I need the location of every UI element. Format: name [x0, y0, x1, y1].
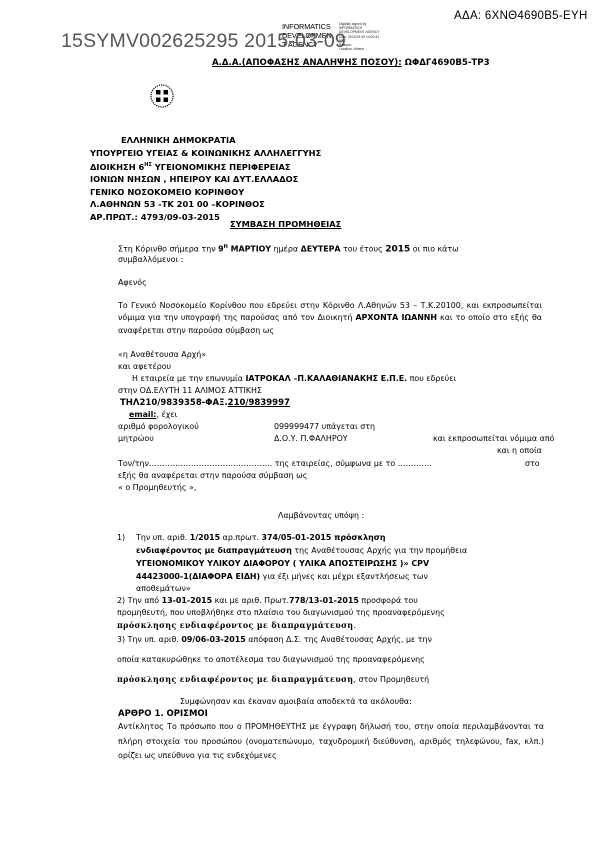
item-1-line-5: αποθεμάτων» [136, 583, 191, 595]
director-name: ΑΡΧΟΝΤΑ ΙΩΑΝΝΗ [355, 313, 437, 322]
phone: ΤΗΛ210/9839358-ΦΑΞ. [120, 398, 228, 408]
decision-ada-label: Α.Δ.Α.(ΑΠΟΦΑΣΗΣ ΑΝΑΛΗΨΗΣ ΠΟΣΟΥ): [212, 58, 402, 68]
ref: 09/06-03-2015 [181, 635, 245, 644]
text: οι πιο κάτω [410, 245, 458, 254]
representative-sto: στο [525, 458, 540, 470]
party-b-intro: και αφετέρου [118, 361, 171, 373]
cpv-code: 44423000-1(ΔΙΑΦΟΡΑ ΕΙΔΗ) [136, 572, 260, 581]
document-watermark: 15SYMV002625295 2015-03-09 [61, 30, 346, 53]
contracting-authority-alias: «η Αναθέτουσα Αρχή» [118, 349, 206, 361]
item-3-line-2: οποία κατακυρώθηκε το αποτέλεσμα του δια… [117, 654, 425, 666]
issuer-header: ΕΛΛΗΝΙΚΗ ΔΗΜΟΚΡΑΤΙΑ ΥΠΟΥΡΓΕΙΟ ΥΓΕΙΑΣ & Κ… [90, 134, 321, 223]
article-1-text: Αντίκλητος Το πρόσωπο που ο ΠΡΟΜΗΘΕΥΤΗΣ … [118, 720, 544, 764]
text: , στον Προμηθευτή [353, 675, 429, 684]
header-line: ΔΙΟΙΚΗΣΗ 6ΗΣ ΥΓΕΙΟΝΟΜΙΚΗΣ ΠΕΡΙΦΕΡΕΙΑΣ [90, 159, 321, 173]
ada-code: ΑΔΑ: 6ΧΝΘ4690Β5-ΕΥΗ [454, 10, 588, 22]
decision-ada-value: ΩΦΔΓ4690Β5-ΤΡ3 [402, 58, 490, 68]
text: του έτους [340, 245, 385, 254]
party-a-label: Αφενός [118, 277, 147, 289]
text: Η εταιρεία με την επωνυμία [132, 374, 245, 383]
supplier-alias: « ο Προμηθευτής », [118, 482, 196, 494]
supplier-ref: εξής θα αναφέρεται στην παρούσα σύμβαση … [118, 470, 307, 482]
text: που εδρεύει [407, 374, 456, 383]
greek-state-emblem-icon [150, 84, 174, 108]
item-3-line-1: 3) Την υπ. αριθ. 09/06-03-2015 απόφαση Δ… [117, 634, 432, 646]
header-line: Λ.ΑΘΗΝΩΝ 53 -ΤΚ 201 00 –ΚΟΡΙΝΘΟΣ [90, 198, 321, 211]
header-text: ΔΙΟΙΚΗΣΗ 6 [90, 162, 144, 172]
tax-office: Δ.Ο.Υ. Π.ΦΑΛΗΡΟΥ [274, 433, 348, 445]
item-2-line-3: πρόσκλησης ενδιαφέροντος με διαπραγμάτευ… [117, 620, 356, 632]
considering-heading: Λαμβάνοντας υπόψη : [278, 510, 364, 522]
ref: 1/2015 [190, 533, 220, 542]
header-line: ΓΕΝΙΚΟ ΝΟΣΟΚΟΜΕΙΟ ΚΟΡΙΝΘΟΥ [90, 186, 321, 199]
text: 3) Την υπ. αριθ. [117, 635, 181, 644]
header-line: ΕΛΛΗΝΙΚΗ ΔΗΜΟΚΡΑΤΙΑ [90, 134, 321, 147]
tax-number-value: 099999477 υπάγεται στη [274, 421, 375, 433]
company-address: στην ΟΔ.ΕΛΥΤΗ 11 ΑΛΙΜΟΣ ΑΤΤΙΚΗΣ [118, 385, 262, 397]
company-name: ΙΑΤΡΟΚΑΛ –Π.ΚΑΛΑΘΙΑΝΑΚΗΣ Ε.Π.Ε. [245, 374, 407, 383]
item-1-line-2: ενδιαφέροντος με διαπραγμάτευση της Αναθ… [136, 545, 467, 557]
email-label: email: [129, 410, 156, 419]
intro-line-2: συμβαλλόμενοι : [118, 254, 183, 266]
text: για έξι μήνες και μέχρι εξαντλήσεως των [260, 572, 428, 581]
item-1-line-4: 44423000-1(ΔΙΑΦΟΡΑ ΕΙΔΗ) για έξι μήνες κ… [136, 571, 428, 583]
header-line: ΥΠΟΥΡΓΕΙΟ ΥΓΕΙΑΣ & ΚΟΙΝΩΝΙΚΗΣ ΑΛΛΗΛΕΓΓΥΗ… [90, 147, 321, 160]
text: προσφορά του [359, 596, 418, 605]
header-line: ΙΟΝΙΩΝ ΝΗΣΩΝ , ΗΠΕΙΡΟΥ ΚΑΙ ΔΥΤ.ΕΛΛΑΔΟΣ [90, 173, 321, 186]
weekday: ΔΕΥΤΕΡΑ [301, 245, 341, 254]
date: 13-01-2015 [162, 596, 212, 605]
tax-number-label: αριθμό φορολογικού [118, 421, 199, 433]
text: και με αριθ. Πρωτ. [212, 596, 289, 605]
representative-line: Τον/την……………………………………….. της εταιρείας, … [118, 458, 432, 470]
item-3-line-3: πρόσκλησης ενδιαφέροντος με διαπραγμάτευ… [117, 674, 429, 686]
ref: 374/05-01-2015 πρόσκληση [262, 533, 386, 542]
party-a-description: Το Γενικό Νοσοκομείο Κορίνθου που εδρεύε… [118, 300, 542, 337]
text: Στη Κόρινθο σήμερα την [118, 245, 218, 254]
document-title: ΣΥΜΒΑΣΗ ΠΡΟΜΗΘΕΙΑΣ [230, 219, 341, 229]
item-2-line-2: προμηθευτή, που υποβλήθηκε στο πλαίσιο τ… [117, 607, 445, 619]
ordinal-suffix: ΗΣ [144, 162, 152, 168]
text: ημέρα [271, 245, 301, 254]
text: 2) Την από [117, 596, 162, 605]
product-name: ΥΓΕΙΟΝΟΜΙΚΟΥ ΥΛΙΚΟΥ ΔΙΑΦΟΡΟΥ ( ΥΛΙΚΑ ΑΠΟ… [136, 559, 429, 568]
item-1-line-1: Την υπ. αριθ. 1/2015 αρ.πρωτ. 374/05-01-… [136, 532, 386, 544]
decision-ada: Α.Δ.Α.(ΑΠΟΦΑΣΗΣ ΑΝΑΛΗΨΗΣ ΠΟΣΟΥ): ΩΦΔΓ469… [212, 58, 490, 68]
company-email: email:, έχει [129, 409, 177, 421]
representation-text-2: και η οποία [497, 445, 542, 457]
ref: 778/13-01-2015 [289, 596, 359, 605]
item-1-line-3: ΥΓΕΙΟΝΟΜΙΚΟΥ ΥΛΙΚΟΥ ΔΙΑΦΟΡΟΥ ( ΥΛΙΚΑ ΑΠΟ… [136, 558, 429, 570]
bold-text: ενδιαφέροντος με διαπραγμάτευση [136, 546, 292, 555]
text: . [353, 621, 356, 630]
fax: 210/9839997 [228, 398, 290, 408]
text: , έχει [156, 410, 177, 419]
month: ΜΑΡΤΙΟΥ [228, 245, 271, 254]
header-text: ΥΓΕΙΟΝΟΜΙΚΗΣ ΠΕΡΙΦΕΡΕΙΑΣ [152, 162, 291, 172]
text: Την υπ. αριθ. [136, 533, 190, 542]
item-1-number: 1) [117, 532, 125, 544]
agreement-statement: Συμφώνησαν και έκαναν αμοιβαία αποδεκτά … [180, 696, 412, 708]
registry-label: μητρώου [118, 433, 154, 445]
text: απόφαση Δ.Σ. της Αναθέτουσας Αρχής, με τ… [246, 635, 432, 644]
bold-text: πρόσκλησης ενδιαφέροντος με διαπραγμάτευ… [117, 675, 353, 684]
text: της Αναθέτουσας Αρχής για την προμήθεια [292, 546, 467, 555]
article-1-heading: ΑΡΘΡΟ 1. ΟΡΙΣΜΟΙ [118, 708, 208, 720]
company-line: Η εταιρεία με την επωνυμία ΙΑΤΡΟΚΑΛ –Π.Κ… [132, 373, 456, 385]
representation-text: και εκπροσωπείται νόμιμα από [433, 433, 554, 445]
company-phone-fax: ΤΗΛ210/9839358-ΦΑΞ.210/9839997 [120, 397, 290, 409]
item-2-line-1: 2) Την από 13-01-2015 και με αριθ. Πρωτ.… [117, 595, 418, 607]
year: 2015 [385, 245, 410, 255]
text: αρ.πρωτ. [220, 533, 261, 542]
bold-text: πρόσκλησης ενδιαφέροντος με διαπραγμάτευ… [117, 621, 353, 630]
